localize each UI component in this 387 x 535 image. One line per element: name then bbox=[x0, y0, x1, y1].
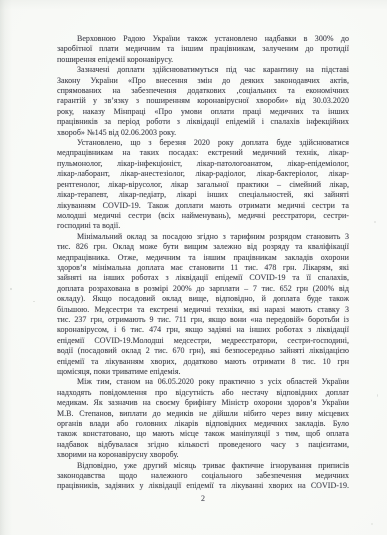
text-line: коронавірусом, і 6 тис. 474 грн, якщо за… bbox=[57, 325, 349, 335]
text-line: хворими на коронавірусну хворобу. bbox=[57, 450, 349, 460]
document-page: Верховною Радою України також установлен… bbox=[0, 0, 387, 535]
text-line: здоров’я мінімальна доплата має становит… bbox=[57, 263, 349, 273]
scan-speck bbox=[377, 394, 378, 397]
text-line: гарантій у зв’язку з поширенням коронаві… bbox=[57, 96, 349, 106]
text-line: молодші медичні сестри (всіх найменувань… bbox=[57, 211, 349, 221]
scan-speck bbox=[33, 301, 35, 302]
text-line: Між тим, станом на 06.05.2020 року практ… bbox=[57, 377, 349, 387]
text-line: Відповідно, уже другий місяць триває фак… bbox=[57, 461, 349, 471]
text-line: доплата розрахована в розмірі 200% до за… bbox=[57, 284, 349, 294]
text-line: працівників за період роботи з ліквідаці… bbox=[57, 117, 349, 127]
scan-speck bbox=[374, 221, 376, 223]
text-line: лікуванням COVID-19. Також доплати мають… bbox=[57, 201, 349, 211]
text-line: законодавства щодо належного соціального… bbox=[57, 471, 349, 481]
text-line: окладу). Якщо посадовий оклад вище, відп… bbox=[57, 294, 349, 304]
text-line: заробітної плати медичним та іншим праці… bbox=[57, 44, 349, 54]
text-line: рентгенолог, лікар-вірусолог, лікар зага… bbox=[57, 180, 349, 190]
text-line: хвороб» №145 від 02.06.2003 року. bbox=[57, 128, 349, 138]
text-line: тис. 237 грн, отримають 9 тис. 711 грн, … bbox=[57, 315, 349, 325]
text-line: господині та водії. bbox=[57, 221, 349, 231]
text-line: року, наказу Мінпраці «Про умови оплати … bbox=[57, 107, 349, 117]
text-line: більшою. Медсестри та екстрені медичні т… bbox=[57, 305, 349, 315]
text-line: епідемії та лікуванням хворих, додатково… bbox=[57, 357, 349, 367]
text-line: М.В. Степанов, виплати до медиків не дій… bbox=[57, 409, 349, 419]
text-line: щомісяця, поки триватиме епідемія. bbox=[57, 367, 349, 377]
text-line: спрямованих на забезпечення додаткових ,… bbox=[57, 86, 349, 96]
text-line: медпрацівникам на таких посадах: екстрен… bbox=[57, 148, 349, 158]
text-line: епідемії COVID-19.Молодші медсестри, мед… bbox=[57, 336, 349, 346]
text-line: Закону України «Про внесення змін до дея… bbox=[57, 76, 349, 86]
text-line: надходять повідомлення про відсутність а… bbox=[57, 388, 349, 398]
text-line: Зазначені доплати здійснюватимуться під … bbox=[57, 65, 349, 75]
text-line: працівників, задіяних у ліквідації епіде… bbox=[57, 481, 349, 491]
text-line: Верховною Радою України також установлен… bbox=[57, 34, 349, 44]
text-line: надбавок відбувалася згідно кількості пр… bbox=[57, 440, 349, 450]
scan-speck bbox=[10, 288, 12, 290]
text-line: Мінімальний оклад за посадою згідно з та… bbox=[57, 232, 349, 242]
text-line: тис. 826 грн. Оклад може бути вищим зале… bbox=[57, 242, 349, 252]
text-line: пульмонолог, лікар-інфекціоніст, лікар-п… bbox=[57, 159, 349, 169]
text-line: зайняті на інших роботах з ліквідації еп… bbox=[57, 273, 349, 283]
scan-speck bbox=[371, 523, 373, 525]
text-line: органів влади або головних лікарів відпо… bbox=[57, 419, 349, 429]
text-line: також констатовано, що мають місце також… bbox=[57, 429, 349, 439]
document-text: Верховною Радою України також установлен… bbox=[57, 34, 349, 492]
text-line: Установлено, що з березня 2020 року допл… bbox=[57, 138, 349, 148]
text-line: лікар-терапевт, лікар-педіатр, лікарі ін… bbox=[57, 190, 349, 200]
page-number: 2 bbox=[57, 494, 349, 503]
text-line: медикам. Як зазначив на своєму брифінгу … bbox=[57, 398, 349, 408]
text-line: медпрацівника. Отже, медичним та іншим п… bbox=[57, 253, 349, 263]
text-line: поширення епідемії коронавірусу. bbox=[57, 55, 349, 65]
text-line: водії (посадовий оклад 2 тис. 670 грн), … bbox=[57, 346, 349, 356]
text-line: лікар-лаборант, лікар-анестезіолог, ліка… bbox=[57, 169, 349, 179]
